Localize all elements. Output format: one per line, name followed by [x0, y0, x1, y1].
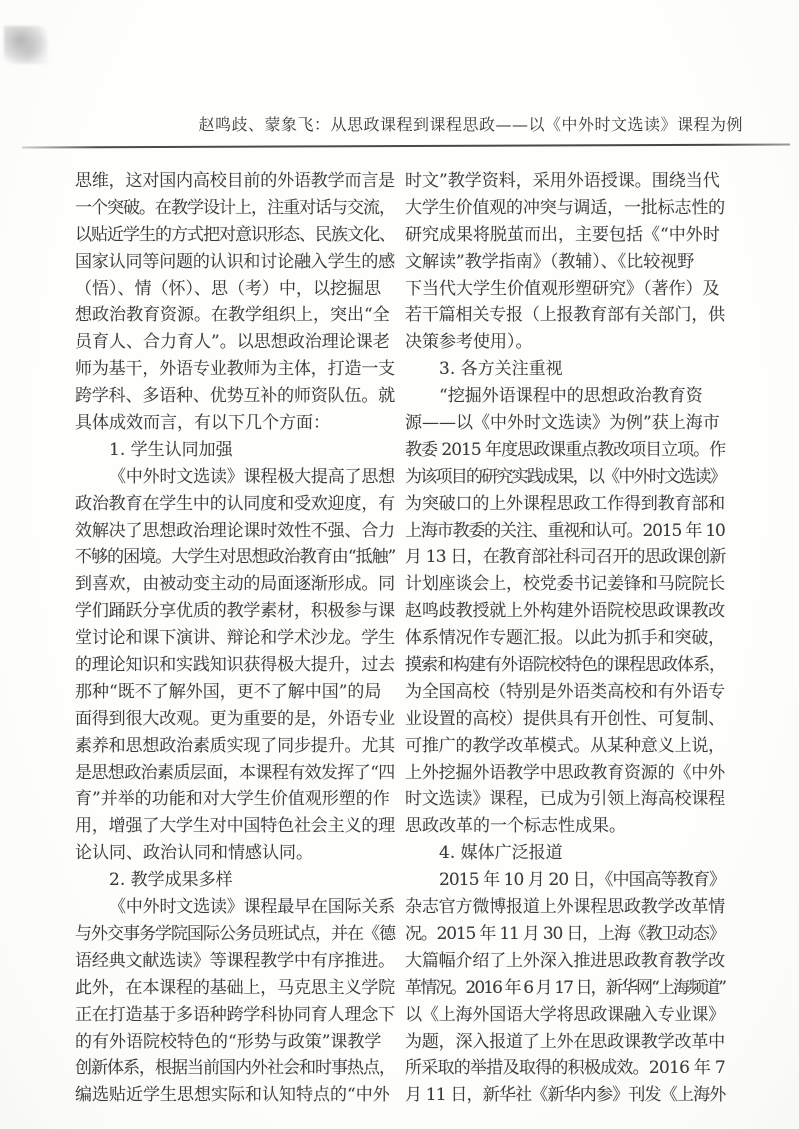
text-line: 编选贴近学生思想实际和认知特点的“中外: [75, 1082, 395, 1109]
text-line: 大学生价值观的冲突与调适，一批标志性的: [405, 195, 725, 222]
text-line: 的理论知识和实践知识获得极大提升，过去: [75, 652, 395, 679]
text-line: 月 11 日，新华社《新华内参》刊发《上海外: [405, 1082, 725, 1109]
text-line: “挖掘外语课程中的思想政治教育资: [405, 383, 725, 410]
text-line: 若干篇相关专报（上报教育部有关部门，供: [405, 302, 725, 329]
text-line: 大篇幅介绍了上外深入推进思政教育教学改: [405, 948, 725, 975]
text-line: 时文选读》课程，已成为引领上海高校课程: [405, 786, 725, 813]
text-line: 体系情况作专题汇报。以此为抓手和突破，: [405, 625, 725, 652]
text-line: 论认同、政治认同和情感认同。: [75, 840, 395, 867]
text-line: 思政改革的一个标志性成果。: [405, 813, 725, 840]
text-line: 决策参考使用）。: [405, 329, 725, 356]
text-line: 正在打造基于多语种跨学科协同育人理念下: [75, 1002, 395, 1029]
text-line: 语经典文献选读》等课程教学中有序推进。: [75, 948, 395, 975]
text-line: 教委 2015 年度思政课重点教改项目立项。作: [405, 437, 725, 464]
text-line: 堂讨论和课下演讲、辩论和学术沙龙。学生: [75, 625, 395, 652]
text-line: 此外，在本课程的基础上，马克思主义学院: [75, 975, 395, 1002]
text-line: 学们踊跃分享优质的教学素材，积极参与课: [75, 598, 395, 625]
text-line: 业设置的高校）提供具有开创性、可复制、: [405, 706, 725, 733]
text-line: 想政治教育资源。在教学组织上，突出“全: [75, 302, 395, 329]
text-line: 《中外时文选读》课程极大提高了思想: [75, 464, 395, 491]
text-line: 的有外语院校特色的“形势与政策”课教学: [75, 1029, 395, 1056]
text-line: 为突破口的上外课程思政工作得到教育部和: [405, 491, 725, 518]
text-line: 时文”教学资料，采用外语授课。围绕当代: [405, 168, 725, 195]
text-line: 源——以《中外时文选读》为例”获上海市: [405, 410, 725, 437]
text-line: 那种“既不了解外国，更不了解中国”的局: [75, 679, 395, 706]
text-line: 月 13 日，在教育部社科司召开的思政课创新: [405, 544, 725, 571]
text-line: 上海市教委的关注、重视和认可。2015 年 10: [405, 518, 725, 545]
text-line: 计划座谈会上，校党委书记姜锋和马院院长: [405, 571, 725, 598]
text-line: 政治教育在学生中的认同度和受欢迎度，有: [75, 491, 395, 518]
text-line: 用，增强了大学生对中国特色社会主义的理: [75, 813, 395, 840]
text-line: 与外交事务学院国际公务员班试点，并在《德: [75, 921, 395, 948]
running-header-title: 赵鸣歧、蒙象飞：从思政课程到课程思政——以《中外时文选读》课程为例: [198, 112, 743, 135]
scan-smudge-artifact: [4, 26, 48, 64]
text-line: 一个突破。在教学设计上，注重对话与交流，: [75, 195, 395, 222]
text-line: 杂志官方微博报道上外课程思政教学改革情: [405, 894, 725, 921]
text-line: 1. 学生认同加强: [75, 437, 395, 464]
text-line: 可推广的教学改革模式。从某种意义上说，: [405, 733, 725, 760]
text-line: 文解读”教学指南》（教辅）、《比较视野: [405, 249, 725, 276]
text-line: 为该项目的研究实践成果，以《中外时文选读》: [405, 464, 725, 491]
text-line: 《中外时文选读》课程最早在国际关系: [75, 894, 395, 921]
text-line: 2015 年 10 月 20 日，《中国高等教育》: [405, 867, 725, 894]
text-line: 面得到很大改观。更为重要的是，外语专业: [75, 706, 395, 733]
text-line: 4. 媒体广泛报道: [405, 840, 725, 867]
text-line: 素养和思想政治素质实现了同步提升。尤其: [75, 733, 395, 760]
text-line: 革情况。2016 年 6 月 17 日，新华网“上海频道”: [405, 975, 725, 1002]
text-line: 以《上海外国语大学将思政课融入专业课》: [405, 1002, 725, 1029]
text-line: 为全国高校（特别是外语类高校和有外语专: [405, 679, 725, 706]
text-line: 具体成效而言，有以下几个方面：: [75, 410, 395, 437]
text-line: （悟）、情（怀）、思（考）中，以挖掘思: [75, 276, 395, 303]
text-line: 摸索和构建有外语院校特色的课程思政体系，: [405, 652, 725, 679]
text-line: 跨学科、多语种、优势互补的师资队伍。就: [75, 383, 395, 410]
text-line: 赵鸣歧教授就上外构建外语院校思政课教改: [405, 598, 725, 625]
text-line: 员育人、合力育人”。以思想政治理论课老: [75, 329, 395, 356]
text-line: 国家认同等问题的认识和讨论融入学生的感: [75, 249, 395, 276]
text-line: 况。2015 年 11 月 30 日，上海《教卫动态》: [405, 921, 725, 948]
two-column-body: 思维，这对国内高校目前的外语教学而言是一个突破。在教学设计上，注重对话与交流，以…: [75, 168, 725, 1109]
text-line: 2. 教学成果多样: [75, 867, 395, 894]
text-line: 育”并举的功能和对大学生价值观形塑的作: [75, 786, 395, 813]
right-column: 时文”教学资料，采用外语授课。围绕当代大学生价值观的冲突与调适，一批标志性的研究…: [405, 168, 725, 1109]
text-line: 是思想政治素质层面，本课程有效发挥了“四: [75, 760, 395, 787]
text-line: 以贴近学生的方式把对意识形态、民族文化、: [75, 222, 395, 249]
text-line: 3. 各方关注重视: [405, 356, 725, 383]
text-line: 研究成果将脱茧而出，主要包括《“中外时: [405, 222, 725, 249]
left-column: 思维，这对国内高校目前的外语教学而言是一个突破。在教学设计上，注重对话与交流，以…: [75, 168, 395, 1109]
text-line: 为题，深入报道了上外在思政课教学改革中: [405, 1029, 725, 1056]
text-line: 到喜欢，由被动变主动的局面逐渐形成。同: [75, 571, 395, 598]
text-line: 下当代大学生价值观形塑研究》（著作）及: [405, 276, 725, 303]
text-line: 上外挖掘外语教学中思政教育资源的《中外: [405, 760, 725, 787]
scanned-paper-page: 赵鸣歧、蒙象飞：从思政课程到课程思政——以《中外时文选读》课程为例 思维，这对国…: [0, 0, 799, 1129]
text-line: 师为基干，外语专业教师为主体，打造一支: [75, 356, 395, 383]
text-line: 所采取的举措及取得的积极成效。2016 年 7: [405, 1055, 725, 1082]
text-line: 不够的困境。大学生对思想政治教育由“抵触”: [75, 544, 395, 571]
text-line: 创新体系，根据当前国内外社会和时事热点，: [75, 1055, 395, 1082]
text-line: 思维，这对国内高校目前的外语教学而言是: [75, 168, 395, 195]
header-divider-rule: [22, 144, 790, 149]
text-line: 效解决了思想政治理论课时效性不强、合力: [75, 518, 395, 545]
